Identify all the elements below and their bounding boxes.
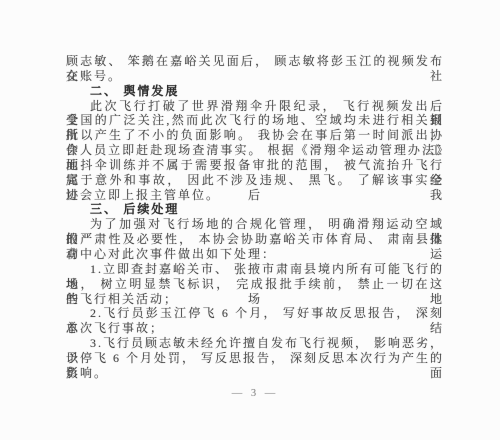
document-body: 顾志敏、 笨鹅在嘉峪关见面后， 顾志敏将彭玉江的视频发布在社交账号。二、 舆情发…	[66, 54, 444, 381]
text-line: 以停飞 6 个月处罚， 写反思报告， 深刻反思本次行为产生的负面	[66, 351, 444, 366]
document-page: 顾志敏、 笨鹅在嘉峪关见面后， 顾志敏将彭玉江的视频发布在社交账号。二、 舆情发…	[0, 0, 500, 440]
section-heading: 三、 后续处理	[66, 202, 444, 217]
text-line: 全国的广泛关注,然而此次飞行的场地、空域均未进行相关报批，	[66, 113, 444, 128]
text-line: 为了加强对飞行场地的合规化管理， 明确滑翔运动空域报批	[66, 217, 444, 232]
text-line: 的严肃性及必要性， 本协会协助嘉峪关市体育局、 肃南县体育运	[66, 232, 444, 247]
page-number: — 3 —	[66, 388, 444, 399]
text-line: 顾志敏、 笨鹅在嘉峪关见面后， 顾志敏将彭玉江的视频发布在社	[66, 54, 444, 69]
section-heading: 二、 舆情发展	[66, 84, 444, 99]
text-line: 此次飞行打破了世界滑翔伞升限纪录， 飞行视频发出后受到	[66, 99, 444, 114]
text-line: 2.飞行员彭玉江停飞 6 个月， 写好事故反思报告， 深刻总结	[66, 306, 444, 321]
text-line: 所以产生了不小的负面影响。 我协会在事后第一时间派出协会工	[66, 128, 444, 143]
text-line: 地， 树立明显禁飞标识， 完成报批手续前， 禁止一切在这些场地	[66, 277, 444, 292]
text-line: 1.立即查封嘉峪关市、 张掖市肃南县境内所有可能飞行的场	[66, 262, 444, 277]
text-line: 作人员立即赶赴现场查清事实。 根据《滑翔伞运动管理办法》地	[66, 143, 444, 158]
text-line: 面抖伞训练并不属于需要报备审批的范围， 被气流抬升飞行完全	[66, 158, 444, 173]
text-line: 3.飞行员顾志敏未经允许擅自发布飞行视频， 影响恶劣， 予	[66, 336, 444, 351]
text-line: 属于意外和事故， 因此不涉及违规、 黑飞。 了解该事实经过后我	[66, 173, 444, 188]
